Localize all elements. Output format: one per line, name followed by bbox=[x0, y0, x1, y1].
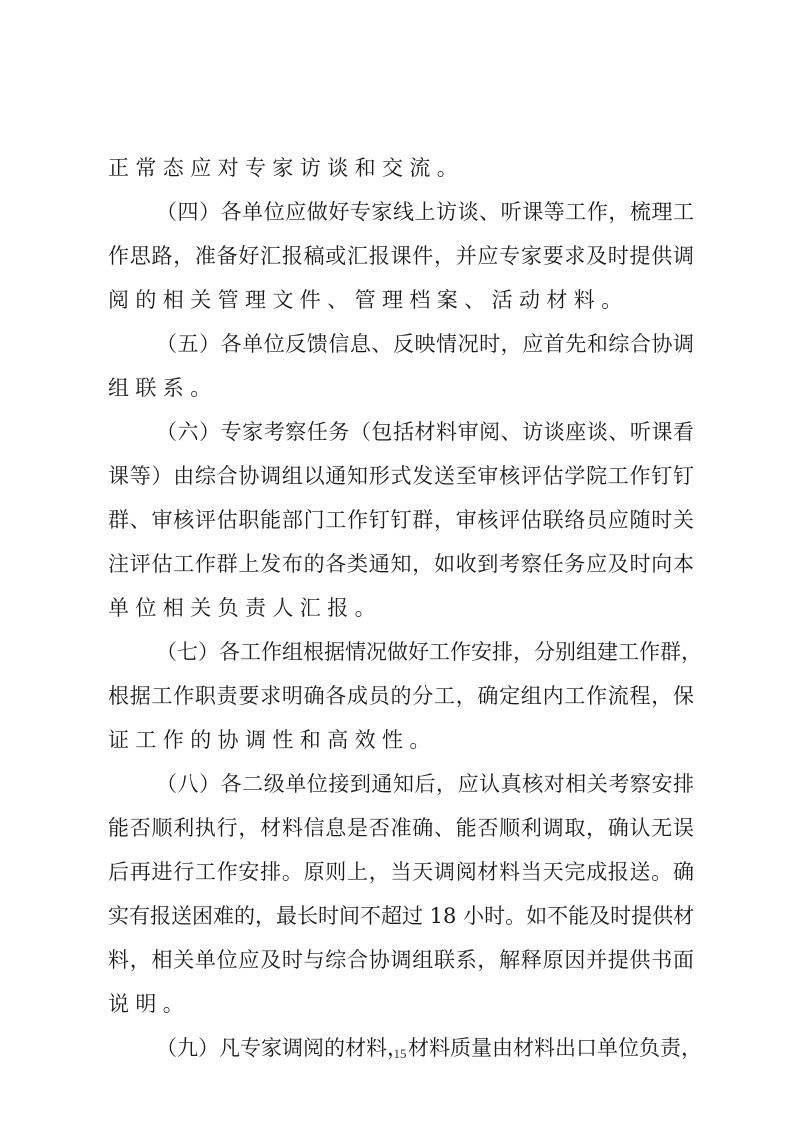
paragraph-line: 根据工作职责要求明确各成员的分工，确定组内工作流程，保 bbox=[108, 674, 694, 718]
paragraph-line: 作思路，准备好汇报稿或汇报课件，并应专家要求及时提供调 bbox=[108, 234, 694, 278]
page-number: 15 bbox=[0, 1046, 800, 1062]
paragraph-line: 实有报送困难的，最长时间不超过 18 小时。如不能及时提供材 bbox=[108, 894, 694, 938]
paragraph-line: 说明。 bbox=[108, 982, 694, 1026]
paragraph-line: 组联系。 bbox=[108, 366, 694, 410]
paragraph-line: 课等）由综合协调组以通知形式发送至审核评估学院工作钉钉 bbox=[108, 454, 694, 498]
paragraph-first-line: （八）各二级单位接到通知后，应认真核对相关考察安排 bbox=[108, 762, 694, 806]
paragraph-line: 后再进行工作安排。原则上，当天调阅材料当天完成报送。确 bbox=[108, 850, 694, 894]
paragraph-first-line: （六）专家考察任务（包括材料审阅、访谈座谈、听课看 bbox=[108, 410, 694, 454]
paragraph-line: 料，相关单位应及时与综合协调组联系，解释原因并提供书面 bbox=[108, 938, 694, 982]
paragraph-first-line: （七）各工作组根据情况做好工作安排，分别组建工作群， bbox=[108, 630, 694, 674]
paragraph-line: 阅的相关管理文件、管理档案、活动材料。 bbox=[108, 278, 694, 322]
paragraph-line: 群、审核评估职能部门工作钉钉群，审核评估联络员应随时关 bbox=[108, 498, 694, 542]
paragraph-line: 正常态应对专家访谈和交流。 bbox=[108, 146, 694, 190]
paragraph-line: 单位相关负责人汇报。 bbox=[108, 586, 694, 630]
body-text: 正常态应对专家访谈和交流。（四）各单位应做好专家线上访谈、听课等工作，梳理工作思… bbox=[108, 146, 694, 1070]
document-page: 正常态应对专家访谈和交流。（四）各单位应做好专家线上访谈、听课等工作，梳理工作思… bbox=[0, 0, 800, 1131]
paragraph-first-line: （四）各单位应做好专家线上访谈、听课等工作，梳理工 bbox=[108, 190, 694, 234]
paragraph-line: 能否顺利执行，材料信息是否准确、能否顺利调取，确认无误 bbox=[108, 806, 694, 850]
paragraph-first-line: （五）各单位反馈信息、反映情况时，应首先和综合协调 bbox=[108, 322, 694, 366]
paragraph-line: 注评估工作群上发布的各类通知，如收到考察任务应及时向本 bbox=[108, 542, 694, 586]
paragraph-line: 证工作的协调性和高效性。 bbox=[108, 718, 694, 762]
